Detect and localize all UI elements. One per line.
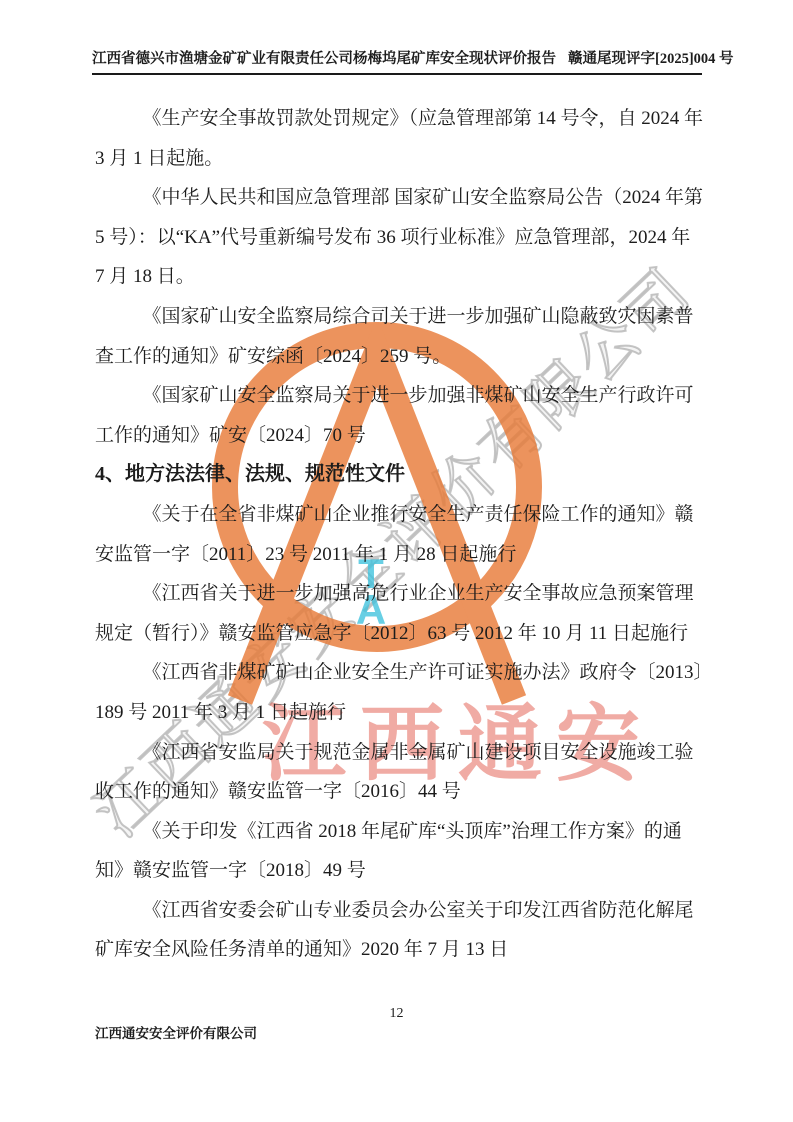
footer-company-name: 江西通安安全评价有限公司 <box>95 1022 257 1042</box>
page-number: 12 <box>0 1006 793 1022</box>
body-paragraph: 《江西省关于进一步加强高危行业企业生产安全事故应急预案管理 规定（暂行）》赣安监… <box>95 574 727 653</box>
document-body: 《生产安全事故罚款处罚规定》（应急管理部第 14 号令，自 2024 年 3 月… <box>95 99 727 970</box>
body-paragraph: 《生产安全事故罚款处罚规定》（应急管理部第 14 号令，自 2024 年 3 月… <box>95 99 727 178</box>
body-paragraph: 《国家矿山安全监察局关于进一步加强非煤矿山安全生产行政许可 工作的通知》矿安〔2… <box>95 376 727 455</box>
document-page: 江西通安安全评价有限公司 T A 江西通安 江西省德兴市渔塘金矿矿业有限责任公司… <box>0 0 793 1122</box>
body-paragraph: 《中华人民共和国应急管理部 国家矿山安全监察局公告（2024 年第 5 号）：以… <box>95 178 727 297</box>
body-paragraph: 《江西省非煤矿矿山企业安全生产许可证实施办法》政府令〔2013〕 189 号 2… <box>95 653 727 732</box>
body-paragraph: 《关于在全省非煤矿山企业推行安全生产责任保险工作的通知》赣 安监管一字〔2011… <box>95 495 727 574</box>
body-paragraph: 《江西省安监局关于规范金属非金属矿山建设项目安全设施竣工验 收工作的通知》赣安监… <box>95 733 727 812</box>
header-report-title: 江西省德兴市渔塘金矿矿业有限责任公司杨梅坞尾矿库安全现状评价报告 <box>92 50 556 68</box>
page-header: 江西省德兴市渔塘金矿矿业有限责任公司杨梅坞尾矿库安全现状评价报告 赣通尾现评字[… <box>92 50 702 75</box>
body-paragraph: 《江西省安委会矿山专业委员会办公室关于印发江西省防范化解尾 矿库安全风险任务清单… <box>95 891 727 970</box>
header-doc-number: 赣通尾现评字[2025]004 号 <box>568 50 734 68</box>
body-paragraph: 《关于印发《江西省 2018 年尾矿库“头顶库”治理工作方案》的通 知》赣安监管… <box>95 812 727 891</box>
section-heading: 4、地方法法律、法规、规范性文件 <box>95 455 727 495</box>
body-paragraph: 《国家矿山安全监察局综合司关于进一步加强矿山隐蔽致灾因素普 查工作的通知》矿安综… <box>95 297 727 376</box>
